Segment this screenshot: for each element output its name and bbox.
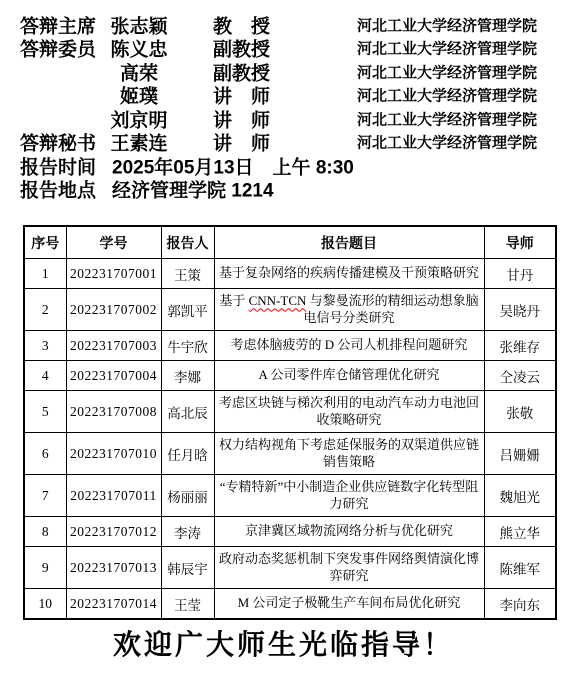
committee-row: 答辩主席 张志颖 教 授 河北工业大学经济管理学院 (0, 13, 567, 37)
cell-presenter: 任月晗 (161, 433, 214, 475)
cell-title: 基于 CNN-TCN 与黎曼流形的精细运动想象脑电信号分类研究 (214, 289, 484, 331)
cell-title: “专精特新”中小制造企业供应链数字化转型阻力研究 (214, 475, 484, 517)
schedule-row: 2 202231707002 郭凯平 基于 CNN-TCN 与黎曼流形的精细运动… (24, 289, 556, 331)
cell-presenter: 郭凯平 (161, 289, 214, 331)
cell-title: 考虑体脑疲劳的 D 公司人机排程问题研究 (214, 331, 484, 361)
member-affiliation: 河北工业大学经济管理学院 (357, 132, 537, 153)
col-header-advisor: 导师 (484, 226, 556, 259)
cell-title: 考虑区块链与梯次利用的电动汽车动力电池回收策略研究 (214, 391, 484, 433)
report-time-row: 报告时间 2025年05月13日 上午 8:30 (0, 154, 567, 178)
cell-student-id: 202231707004 (66, 361, 161, 391)
cell-title: 政府动态奖惩机制下突发事件网络舆情演化博弈研究 (214, 547, 484, 589)
cell-presenter: 韩辰宇 (161, 547, 214, 589)
member-affiliation: 河北工业大学经济管理学院 (357, 85, 537, 106)
cell-student-id: 202231707012 (66, 517, 161, 547)
report-venue-value: 经济管理学院 1214 (112, 176, 274, 203)
committee-section: 答辩主席 张志颖 教 授 河北工业大学经济管理学院 答辩委员 陈义忠 副教授 河… (0, 13, 567, 201)
cell-no: 4 (24, 361, 66, 391)
cell-student-id: 202231707014 (66, 589, 161, 620)
title-text: 基于 (219, 293, 248, 308)
col-header-title: 报告题目 (214, 226, 484, 259)
col-header-presenter: 报告人 (161, 226, 214, 259)
committee-row: 姬璞 讲 师 河北工业大学经济管理学院 (0, 84, 567, 108)
title-text: 与黎曼流形的精细运动想象脑电信号分类研究 (303, 293, 478, 325)
role-label: 答辩委员 (20, 35, 96, 62)
cell-presenter: 李娜 (161, 361, 214, 391)
cell-presenter: 王策 (161, 259, 214, 289)
member-affiliation: 河北工业大学经济管理学院 (357, 108, 537, 129)
schedule-row: 9 202231707013 韩辰宇 政府动态奖惩机制下突发事件网络舆情演化博弈… (24, 547, 556, 589)
cell-advisor: 李向东 (484, 589, 556, 620)
cell-student-id: 202231707008 (66, 391, 161, 433)
cell-no: 10 (24, 589, 66, 620)
committee-row: 刘京明 讲 师 河北工业大学经济管理学院 (0, 107, 567, 131)
cell-presenter: 高北辰 (161, 391, 214, 433)
cell-advisor: 甘丹 (484, 259, 556, 289)
schedule-row: 10 202231707014 王莹 M 公司定子极靴生产车间布局优化研究 李向… (24, 589, 556, 620)
cell-no: 3 (24, 331, 66, 361)
cell-advisor: 陈维军 (484, 547, 556, 589)
spellcheck-marked-text: CNN-TCN (249, 293, 307, 308)
cell-presenter: 牛宇欣 (161, 331, 214, 361)
cell-advisor: 魏旭光 (484, 475, 556, 517)
cell-no: 9 (24, 547, 66, 589)
defense-schedule-document: 答辩主席 张志颖 教 授 河北工业大学经济管理学院 答辩委员 陈义忠 副教授 河… (0, 0, 567, 676)
committee-row: 答辩秘书 王素连 讲 师 河北工业大学经济管理学院 (0, 131, 567, 155)
table-header-row: 序号 学号 报告人 报告题目 导师 (24, 226, 556, 259)
cell-presenter: 李涛 (161, 517, 214, 547)
committee-row: 答辩委员 陈义忠 副教授 河北工业大学经济管理学院 (0, 37, 567, 61)
report-venue-label: 报告地点 (20, 176, 96, 203)
schedule-row: 3 202231707003 牛宇欣 考虑体脑疲劳的 D 公司人机排程问题研究 … (24, 331, 556, 361)
cell-title: 基于复杂网络的疾病传播建模及干预策略研究 (214, 259, 484, 289)
cell-no: 1 (24, 259, 66, 289)
schedule-row: 7 202231707011 杨丽丽 “专精特新”中小制造企业供应链数字化转型阻… (24, 475, 556, 517)
cell-title: A 公司零件库仓储管理优化研究 (214, 361, 484, 391)
report-venue-row: 报告地点 经济管理学院 1214 (0, 178, 567, 202)
cell-student-id: 202231707003 (66, 331, 161, 361)
cell-no: 2 (24, 289, 66, 331)
col-header-student-id: 学号 (66, 226, 161, 259)
cell-advisor: 吴晓丹 (484, 289, 556, 331)
welcome-message: 欢迎广大师生光临指导！ (0, 623, 567, 663)
cell-no: 7 (24, 475, 66, 517)
schedule-row: 1 202231707001 王策 基于复杂网络的疾病传播建模及干预策略研究 甘… (24, 259, 556, 289)
cell-no: 8 (24, 517, 66, 547)
cell-advisor: 吕姗姗 (484, 433, 556, 475)
cell-student-id: 202231707002 (66, 289, 161, 331)
schedule-row: 6 202231707010 任月晗 权力结构视角下考虑延保服务的双渠道供应链销… (24, 433, 556, 475)
cell-advisor: 张维存 (484, 331, 556, 361)
schedule-row: 5 202231707008 高北辰 考虑区块链与梯次利用的电动汽车动力电池回收… (24, 391, 556, 433)
committee-row: 高荣 副教授 河北工业大学经济管理学院 (0, 60, 567, 84)
schedule-row: 8 202231707012 李涛 京津冀区域物流网络分析与优化研究 熊立华 (24, 517, 556, 547)
member-affiliation: 河北工业大学经济管理学院 (357, 38, 537, 59)
member-affiliation: 河北工业大学经济管理学院 (357, 14, 537, 35)
cell-student-id: 202231707001 (66, 259, 161, 289)
cell-no: 6 (24, 433, 66, 475)
cell-advisor: 张敬 (484, 391, 556, 433)
cell-student-id: 202231707011 (66, 475, 161, 517)
cell-no: 5 (24, 391, 66, 433)
member-affiliation: 河北工业大学经济管理学院 (357, 61, 537, 82)
schedule-table: 序号 学号 报告人 报告题目 导师 1 202231707001 王策 基于复杂… (23, 225, 557, 620)
cell-advisor: 仝凌云 (484, 361, 556, 391)
col-header-no: 序号 (24, 226, 66, 259)
cell-title: 权力结构视角下考虑延保服务的双渠道供应链销售策略 (214, 433, 484, 475)
cell-presenter: 王莹 (161, 589, 214, 620)
cell-advisor: 熊立华 (484, 517, 556, 547)
cell-title: M 公司定子极靴生产车间布局优化研究 (214, 589, 484, 620)
cell-presenter: 杨丽丽 (161, 475, 214, 517)
cell-student-id: 202231707010 (66, 433, 161, 475)
cell-student-id: 202231707013 (66, 547, 161, 589)
cell-title: 京津冀区域物流网络分析与优化研究 (214, 517, 484, 547)
schedule-row: 4 202231707004 李娜 A 公司零件库仓储管理优化研究 仝凌云 (24, 361, 556, 391)
